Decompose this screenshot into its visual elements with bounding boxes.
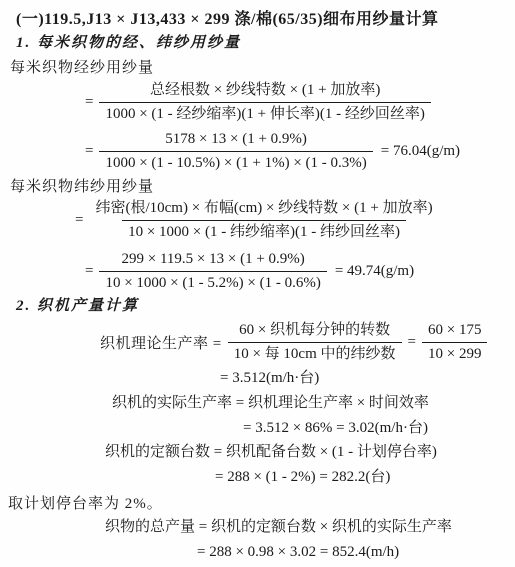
- fraction-denominator: 1000 × (1 - 经纱缩率)(1 + 伸长率)(1 - 经纱回丝率): [99, 102, 430, 124]
- page-title: (一)119.5,J13 × J13,433 × 299 涤/棉(65/35)细…: [16, 6, 439, 29]
- weft-usage-label: 每米织物纬纱用纱量: [10, 175, 154, 196]
- fraction-numerator: 纬密(根/10cm) × 布幅(cm) × 纱线特数 × (1 + 加放率): [89, 199, 438, 220]
- fraction-denominator: 10 × 299: [422, 342, 487, 364]
- equals-sign: =: [85, 94, 93, 111]
- equals-sign: =: [408, 334, 416, 351]
- fraction-denominator: 10 × 每 10cm 中的纬纱数: [228, 342, 402, 364]
- theoretical-rate-formula: 织机理论生产率 = 60 × 织机每分钟的转数 10 × 每 10cm 中的纬纱…: [100, 321, 487, 364]
- warp-usage-label: 每米织物经纱用纱量: [10, 56, 154, 77]
- fraction: 总经根数 × 纱线特数 × (1 + 加放率) 1000 × (1 - 经纱缩率…: [99, 81, 430, 124]
- quota-looms-line2: = 288 × (1 - 2%) = 282.2(台): [215, 468, 390, 487]
- fraction-numerator: 5178 × 13 × (1 + 0.9%): [159, 130, 313, 151]
- fraction-denominator: 1000 × (1 - 10.5%) × (1 + 1%) × (1 - 0.3…: [99, 151, 372, 173]
- fraction-numerator: 299 × 119.5 × 13 × (1 + 0.9%): [116, 250, 311, 271]
- equals-sign: =: [75, 212, 83, 229]
- fraction: 纬密(根/10cm) × 布幅(cm) × 纱线特数 × (1 + 加放率) 1…: [89, 199, 438, 242]
- equals-sign: =: [85, 143, 93, 160]
- fraction-denominator: 10 × 1000 × (1 - 5.2%) × (1 - 0.6%): [99, 271, 326, 293]
- section-2-heading: 2. 织机产量计算: [16, 294, 139, 315]
- fraction: 299 × 119.5 × 13 × (1 + 0.9%) 10 × 1000 …: [99, 250, 326, 293]
- weft-calculation: = 299 × 119.5 × 13 × (1 + 0.9%) 10 × 100…: [85, 250, 414, 293]
- weft-result: = 49.74(g/m): [335, 263, 414, 280]
- planned-stoppage-note: 取计划停台率为 2%。: [8, 492, 163, 513]
- fraction: 60 × 织机每分钟的转数 10 × 每 10cm 中的纬纱数: [228, 321, 402, 364]
- quota-looms-line1: 织机的定额台数 = 织机配备台数 × (1 - 计划停台率): [105, 443, 437, 462]
- fraction-numerator: 60 × 织机每分钟的转数: [233, 321, 396, 342]
- actual-rate-line1: 织机的实际生产率 = 织机理论生产率 × 时间效率: [112, 394, 429, 413]
- warp-result: = 76.04(g/m): [381, 143, 460, 160]
- fraction-numerator: 60 × 175: [422, 321, 487, 342]
- theoretical-rate-lhs: 织机理论生产率 =: [100, 332, 222, 353]
- equals-sign: =: [85, 263, 93, 280]
- section-1-heading: 1. 每米织物的经、纬纱用纱量: [16, 31, 241, 52]
- warp-calculation: = 5178 × 13 × (1 + 0.9%) 1000 × (1 - 10.…: [85, 130, 460, 173]
- fraction: 5178 × 13 × (1 + 0.9%) 1000 × (1 - 10.5%…: [99, 130, 372, 173]
- actual-rate-line2: = 3.512 × 86% = 3.02(m/h·台): [243, 419, 428, 438]
- total-output-line1: 织物的总产量 = 织机的定额台数 × 织机的实际生产率: [105, 518, 452, 537]
- document-page: (一)119.5,J13 × J13,433 × 299 涤/棉(65/35)细…: [0, 0, 515, 567]
- theoretical-rate-result: = 3.512(m/h·台): [220, 369, 319, 388]
- fraction-numerator: 总经根数 × 纱线特数 × (1 + 加放率): [144, 81, 386, 102]
- warp-formula: = 总经根数 × 纱线特数 × (1 + 加放率) 1000 × (1 - 经纱…: [85, 81, 431, 124]
- weft-formula: = 纬密(根/10cm) × 布幅(cm) × 纱线特数 × (1 + 加放率)…: [75, 199, 439, 242]
- fraction-denominator: 10 × 1000 × (1 - 纬纱缩率)(1 - 纬纱回丝率): [122, 220, 406, 242]
- fraction: 60 × 175 10 × 299: [422, 321, 487, 364]
- total-output-line2: = 288 × 0.98 × 3.02 = 852.4(m/h): [197, 543, 399, 562]
